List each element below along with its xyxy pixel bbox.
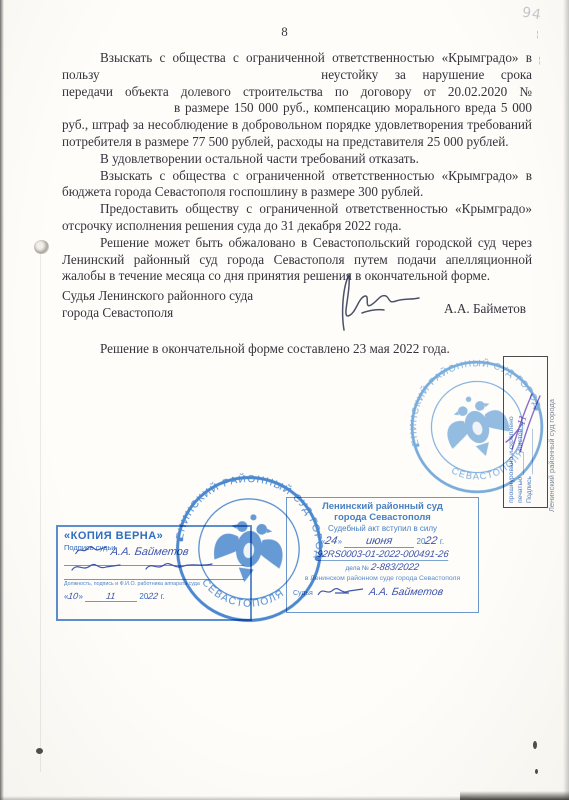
- eff-date-day: 24: [325, 535, 339, 547]
- pencil-tick: ¦: [538, 56, 541, 66]
- redacted-blank: [116, 78, 321, 79]
- copy-stamp-judge-handwriting: А.А. Байметов: [73, 543, 190, 558]
- judge-title-line2: города Севастополя: [62, 304, 253, 321]
- eff-judge-label: Судья: [293, 590, 313, 597]
- binding-stamp-side-text: Ленинский районный суд города: [547, 352, 561, 512]
- scan-edge-bottom: [460, 791, 569, 800]
- eff-case-uid: 92RS0003-01-2022-000491-26: [316, 549, 449, 561]
- eff-stamp-court-line1: Ленинский районный суд: [293, 501, 472, 512]
- scan-edge-left: [0, 0, 4, 800]
- paper-crease: [40, 252, 41, 772]
- eff-stamp-date-line: «24» июня 2022 г.: [293, 535, 472, 548]
- copy-stamp-judge-name: А.А. Байметов: [110, 546, 189, 558]
- page-number: 8: [0, 24, 569, 40]
- ink-speck: [36, 748, 43, 754]
- paragraph: В удовлетворении остальной части требова…: [62, 151, 532, 168]
- decision-text: Взыскать с общества с ограниченной ответ…: [62, 50, 532, 285]
- copy-stamp-clerk-handwriting: [68, 558, 218, 579]
- paragraph: Предоставить обществу с ограниченной отв…: [62, 201, 532, 235]
- ink-speck: [535, 769, 538, 774]
- scan-edge-right: [563, 0, 569, 800]
- judge-title-line1: Судья Ленинского районного суда: [62, 287, 253, 304]
- eff-date-suffix: г.: [440, 537, 444, 546]
- final-form-line: Решение в окончательной форме составлено…: [100, 341, 450, 357]
- copy-stamp-date: «10» 11 2022 г.: [64, 591, 244, 602]
- copy-stamp-caption: Должность, подпись и Ф.И.О. работника ап…: [64, 581, 244, 587]
- paragraph: Взыскать с общества с ограниченной ответ…: [62, 50, 532, 151]
- scanned-court-decision-page: 94 ¦ ¦ 8 Взыскать с общества с ограничен…: [0, 0, 569, 800]
- eff-judge-name: А.А. Байметов: [368, 586, 444, 598]
- redacted-blank: [62, 111, 174, 112]
- copy-stamp-title: «КОПИЯ ВЕРНА»: [64, 530, 244, 542]
- eff-date-year-hand: 22: [425, 535, 439, 547]
- eff-date-month: июня: [365, 535, 393, 547]
- copy-date-suffix: г.: [161, 592, 165, 601]
- pencil-page-note: 94: [521, 5, 543, 24]
- signature-squiggle-icon: [68, 558, 218, 574]
- copy-date-year-hand: 22: [148, 591, 159, 601]
- judge-signature-icon: [318, 272, 428, 334]
- eff-stamp-case-no-line: дела № 2-883/2022: [293, 562, 472, 574]
- binding-handwriting: 11: [498, 380, 548, 470]
- eff-case-no: 2-883/2022: [371, 562, 421, 573]
- copy-date-day: 10: [68, 591, 79, 601]
- signature-squiggle-icon: [315, 584, 367, 598]
- binding-sheet-count: 11: [515, 414, 529, 427]
- eff-stamp-case-uid-line: 92RS0003-01-2022-000491-26: [293, 549, 472, 561]
- effective-date-stamp: Ленинский районный суд города Севастопол…: [286, 497, 479, 613]
- scan-edge-bottom-shadow: [0, 796, 470, 800]
- eff-stamp-location-line: в Ленинском районном суде города Севасто…: [293, 575, 472, 582]
- judge-name: А.А. Байметов: [444, 301, 526, 317]
- eff-stamp-status-line: Судебный акт вступил в силу: [293, 524, 472, 533]
- copy-certified-stamp: «КОПИЯ ВЕРНА» Подпись судьи А.А. Баймето…: [56, 525, 252, 621]
- ink-speck: [533, 741, 537, 749]
- signature-block: Судья Ленинского районного суда города С…: [62, 287, 253, 321]
- copy-stamp-clerk-line: [64, 566, 244, 580]
- eff-case-label: дела №: [346, 565, 369, 572]
- eff-stamp-court-line2: города Севастополя: [293, 512, 472, 523]
- paragraph: Решение может быть обжаловано в Севастоп…: [62, 235, 532, 285]
- paragraph: Взыскать с общества с ограниченной ответ…: [62, 168, 532, 202]
- punch-hole: [34, 240, 49, 254]
- signature-squiggle-icon: [73, 543, 109, 557]
- eff-stamp-signature-row: Судья А.А. Байметов: [293, 584, 472, 600]
- copy-date-month: 11: [106, 591, 117, 601]
